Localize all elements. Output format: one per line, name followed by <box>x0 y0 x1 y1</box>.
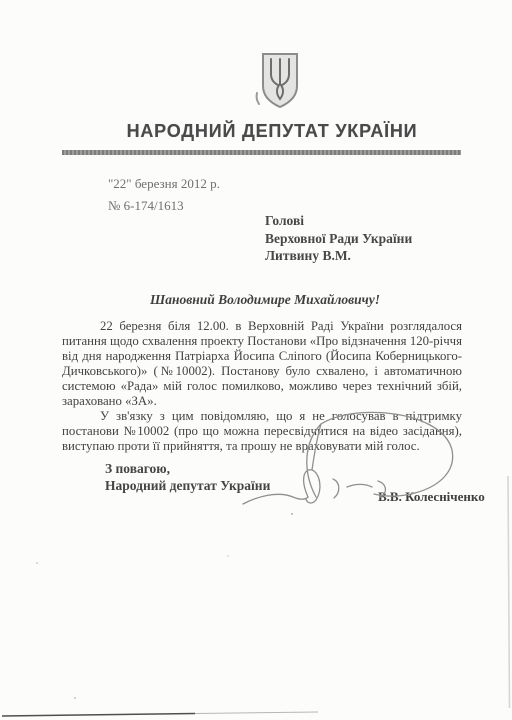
body-paragraph: У зв'язку з цим повідомляю, що я не голо… <box>62 409 462 454</box>
signer-name: В.В. Колесніченко <box>378 489 485 505</box>
letter-date: "22" березня 2012 р. <box>108 176 220 192</box>
scanned-letter-page: НАРОДНИЙ ДЕПУТАТ УКРАЇНИ "22" березня 20… <box>0 0 512 720</box>
scan-speck <box>36 562 38 564</box>
letter-number: № 6-174/1613 <box>108 198 184 214</box>
scan-speck <box>227 555 229 557</box>
closing-line: Народний депутат України <box>105 477 270 494</box>
addressee-line: Верховної Ради України <box>265 230 412 248</box>
scan-speck <box>291 513 293 515</box>
closing-block: З повагою, Народний депутат України <box>105 460 270 494</box>
body-paragraph: 22 березня біля 12.00. в Верховній Раді … <box>62 319 462 409</box>
scan-edge-bottom-faint <box>195 712 318 714</box>
closing-line: З повагою, <box>105 460 270 477</box>
salutation: Шановний Володимире Михайловичу! <box>150 292 380 308</box>
addressee-line: Голові <box>265 212 412 230</box>
addressee-block: Голові Верховної Ради України Литвину В.… <box>265 212 412 265</box>
ukraine-trident-emblem-icon <box>258 52 302 110</box>
addressee-line: Литвину В.М. <box>265 247 412 265</box>
scan-edge-right <box>508 476 510 708</box>
letter-body: 22 березня біля 12.00. в Верховній Раді … <box>62 319 462 454</box>
scan-speck <box>74 697 76 699</box>
letterhead-title: НАРОДНИЙ ДЕПУТАТ УКРАЇНИ <box>72 121 472 142</box>
letterhead-divider <box>62 150 461 155</box>
scan-edge-bottom <box>2 714 195 717</box>
